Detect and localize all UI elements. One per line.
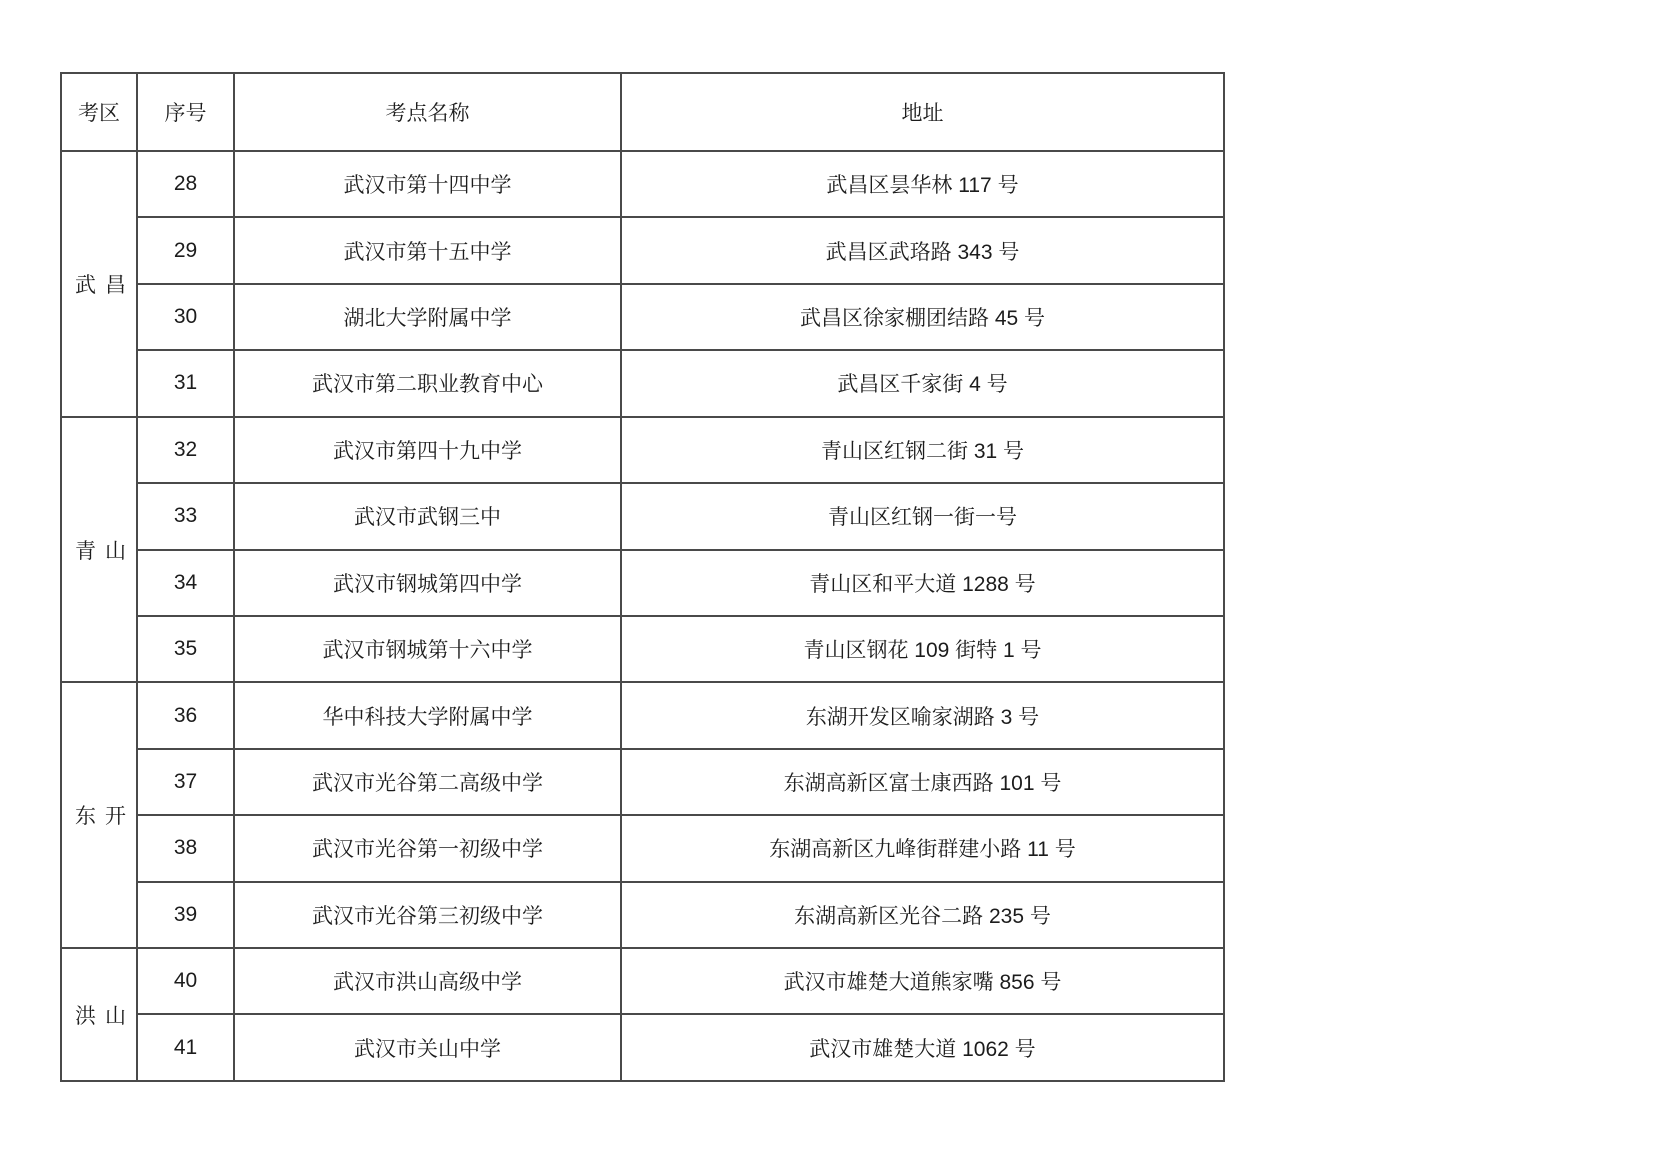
header-address: 地址 xyxy=(621,73,1224,151)
site-name-cell: 武汉市光谷第三初级中学 xyxy=(234,882,621,948)
row-number-cell: 29 xyxy=(137,217,234,283)
district-cell: 东开 xyxy=(61,682,137,948)
header-number: 序号 xyxy=(137,73,234,151)
table-row: 青山32武汉市第四十九中学青山区红钢二街 31 号 xyxy=(61,417,1224,483)
table-row: 41武汉市关山中学武汉市雄楚大道 1062 号 xyxy=(61,1014,1224,1081)
table-row: 35武汉市钢城第十六中学青山区钢花 109 街特 1 号 xyxy=(61,616,1224,682)
address-cell: 武昌区千家街 4 号 xyxy=(621,350,1224,416)
site-name-cell: 武汉市第四十九中学 xyxy=(234,417,621,483)
site-name-cell: 武汉市光谷第一初级中学 xyxy=(234,815,621,881)
table-row: 东开36华中科技大学附属中学东湖开发区喻家湖路 3 号 xyxy=(61,682,1224,748)
site-name-cell: 武汉市钢城第十六中学 xyxy=(234,616,621,682)
address-cell: 东湖开发区喻家湖路 3 号 xyxy=(621,682,1224,748)
table-row: 31武汉市第二职业教育中心武昌区千家街 4 号 xyxy=(61,350,1224,416)
row-number-cell: 34 xyxy=(137,550,234,616)
address-cell: 武昌区徐家棚团结路 45 号 xyxy=(621,284,1224,350)
table-row: 武昌28武汉市第十四中学武昌区昙华林 117 号 xyxy=(61,151,1224,217)
header-row: 考区 序号 考点名称 地址 xyxy=(61,73,1224,151)
row-number-cell: 28 xyxy=(137,151,234,217)
row-number-cell: 41 xyxy=(137,1014,234,1081)
row-number-cell: 31 xyxy=(137,350,234,416)
address-cell: 东湖高新区富士康西路 101 号 xyxy=(621,749,1224,815)
site-name-cell: 武汉市洪山高级中学 xyxy=(234,948,621,1014)
row-number-cell: 38 xyxy=(137,815,234,881)
district-cell: 青山 xyxy=(61,417,137,683)
site-name-cell: 湖北大学附属中学 xyxy=(234,284,621,350)
site-name-cell: 武汉市第十五中学 xyxy=(234,217,621,283)
address-cell: 武昌区昙华林 117 号 xyxy=(621,151,1224,217)
row-number-cell: 35 xyxy=(137,616,234,682)
exam-sites-table: 考区 序号 考点名称 地址 武昌28武汉市第十四中学武昌区昙华林 117 号29… xyxy=(60,72,1225,1082)
address-cell: 东湖高新区九峰街群建小路 11 号 xyxy=(621,815,1224,881)
table-row: 39武汉市光谷第三初级中学东湖高新区光谷二路 235 号 xyxy=(61,882,1224,948)
site-name-cell: 武汉市武钢三中 xyxy=(234,483,621,549)
address-cell: 青山区钢花 109 街特 1 号 xyxy=(621,616,1224,682)
table-row: 29武汉市第十五中学武昌区武珞路 343 号 xyxy=(61,217,1224,283)
row-number-cell: 33 xyxy=(137,483,234,549)
row-number-cell: 30 xyxy=(137,284,234,350)
header-district: 考区 xyxy=(61,73,137,151)
table-row: 洪山40武汉市洪山高级中学武汉市雄楚大道熊家嘴 856 号 xyxy=(61,948,1224,1014)
district-cell: 洪山 xyxy=(61,948,137,1081)
table-row: 33武汉市武钢三中青山区红钢一街一号 xyxy=(61,483,1224,549)
address-cell: 青山区红钢二街 31 号 xyxy=(621,417,1224,483)
address-cell: 青山区红钢一街一号 xyxy=(621,483,1224,549)
site-name-cell: 武汉市关山中学 xyxy=(234,1014,621,1081)
table-row: 34武汉市钢城第四中学青山区和平大道 1288 号 xyxy=(61,550,1224,616)
row-number-cell: 40 xyxy=(137,948,234,1014)
table-row: 37武汉市光谷第二高级中学东湖高新区富士康西路 101 号 xyxy=(61,749,1224,815)
site-name-cell: 武汉市第二职业教育中心 xyxy=(234,350,621,416)
row-number-cell: 37 xyxy=(137,749,234,815)
header-site-name: 考点名称 xyxy=(234,73,621,151)
district-cell: 武昌 xyxy=(61,151,137,417)
row-number-cell: 39 xyxy=(137,882,234,948)
table-body: 武昌28武汉市第十四中学武昌区昙华林 117 号29武汉市第十五中学武昌区武珞路… xyxy=(61,151,1224,1081)
address-cell: 武昌区武珞路 343 号 xyxy=(621,217,1224,283)
row-number-cell: 36 xyxy=(137,682,234,748)
row-number-cell: 32 xyxy=(137,417,234,483)
address-cell: 东湖高新区光谷二路 235 号 xyxy=(621,882,1224,948)
document-page: 考区 序号 考点名称 地址 武昌28武汉市第十四中学武昌区昙华林 117 号29… xyxy=(0,0,1653,1168)
site-name-cell: 武汉市光谷第二高级中学 xyxy=(234,749,621,815)
address-cell: 武汉市雄楚大道 1062 号 xyxy=(621,1014,1224,1081)
site-name-cell: 华中科技大学附属中学 xyxy=(234,682,621,748)
address-cell: 武汉市雄楚大道熊家嘴 856 号 xyxy=(621,948,1224,1014)
table-row: 30湖北大学附属中学武昌区徐家棚团结路 45 号 xyxy=(61,284,1224,350)
table-header: 考区 序号 考点名称 地址 xyxy=(61,73,1224,151)
site-name-cell: 武汉市第十四中学 xyxy=(234,151,621,217)
address-cell: 青山区和平大道 1288 号 xyxy=(621,550,1224,616)
table-row: 38武汉市光谷第一初级中学东湖高新区九峰街群建小路 11 号 xyxy=(61,815,1224,881)
site-name-cell: 武汉市钢城第四中学 xyxy=(234,550,621,616)
